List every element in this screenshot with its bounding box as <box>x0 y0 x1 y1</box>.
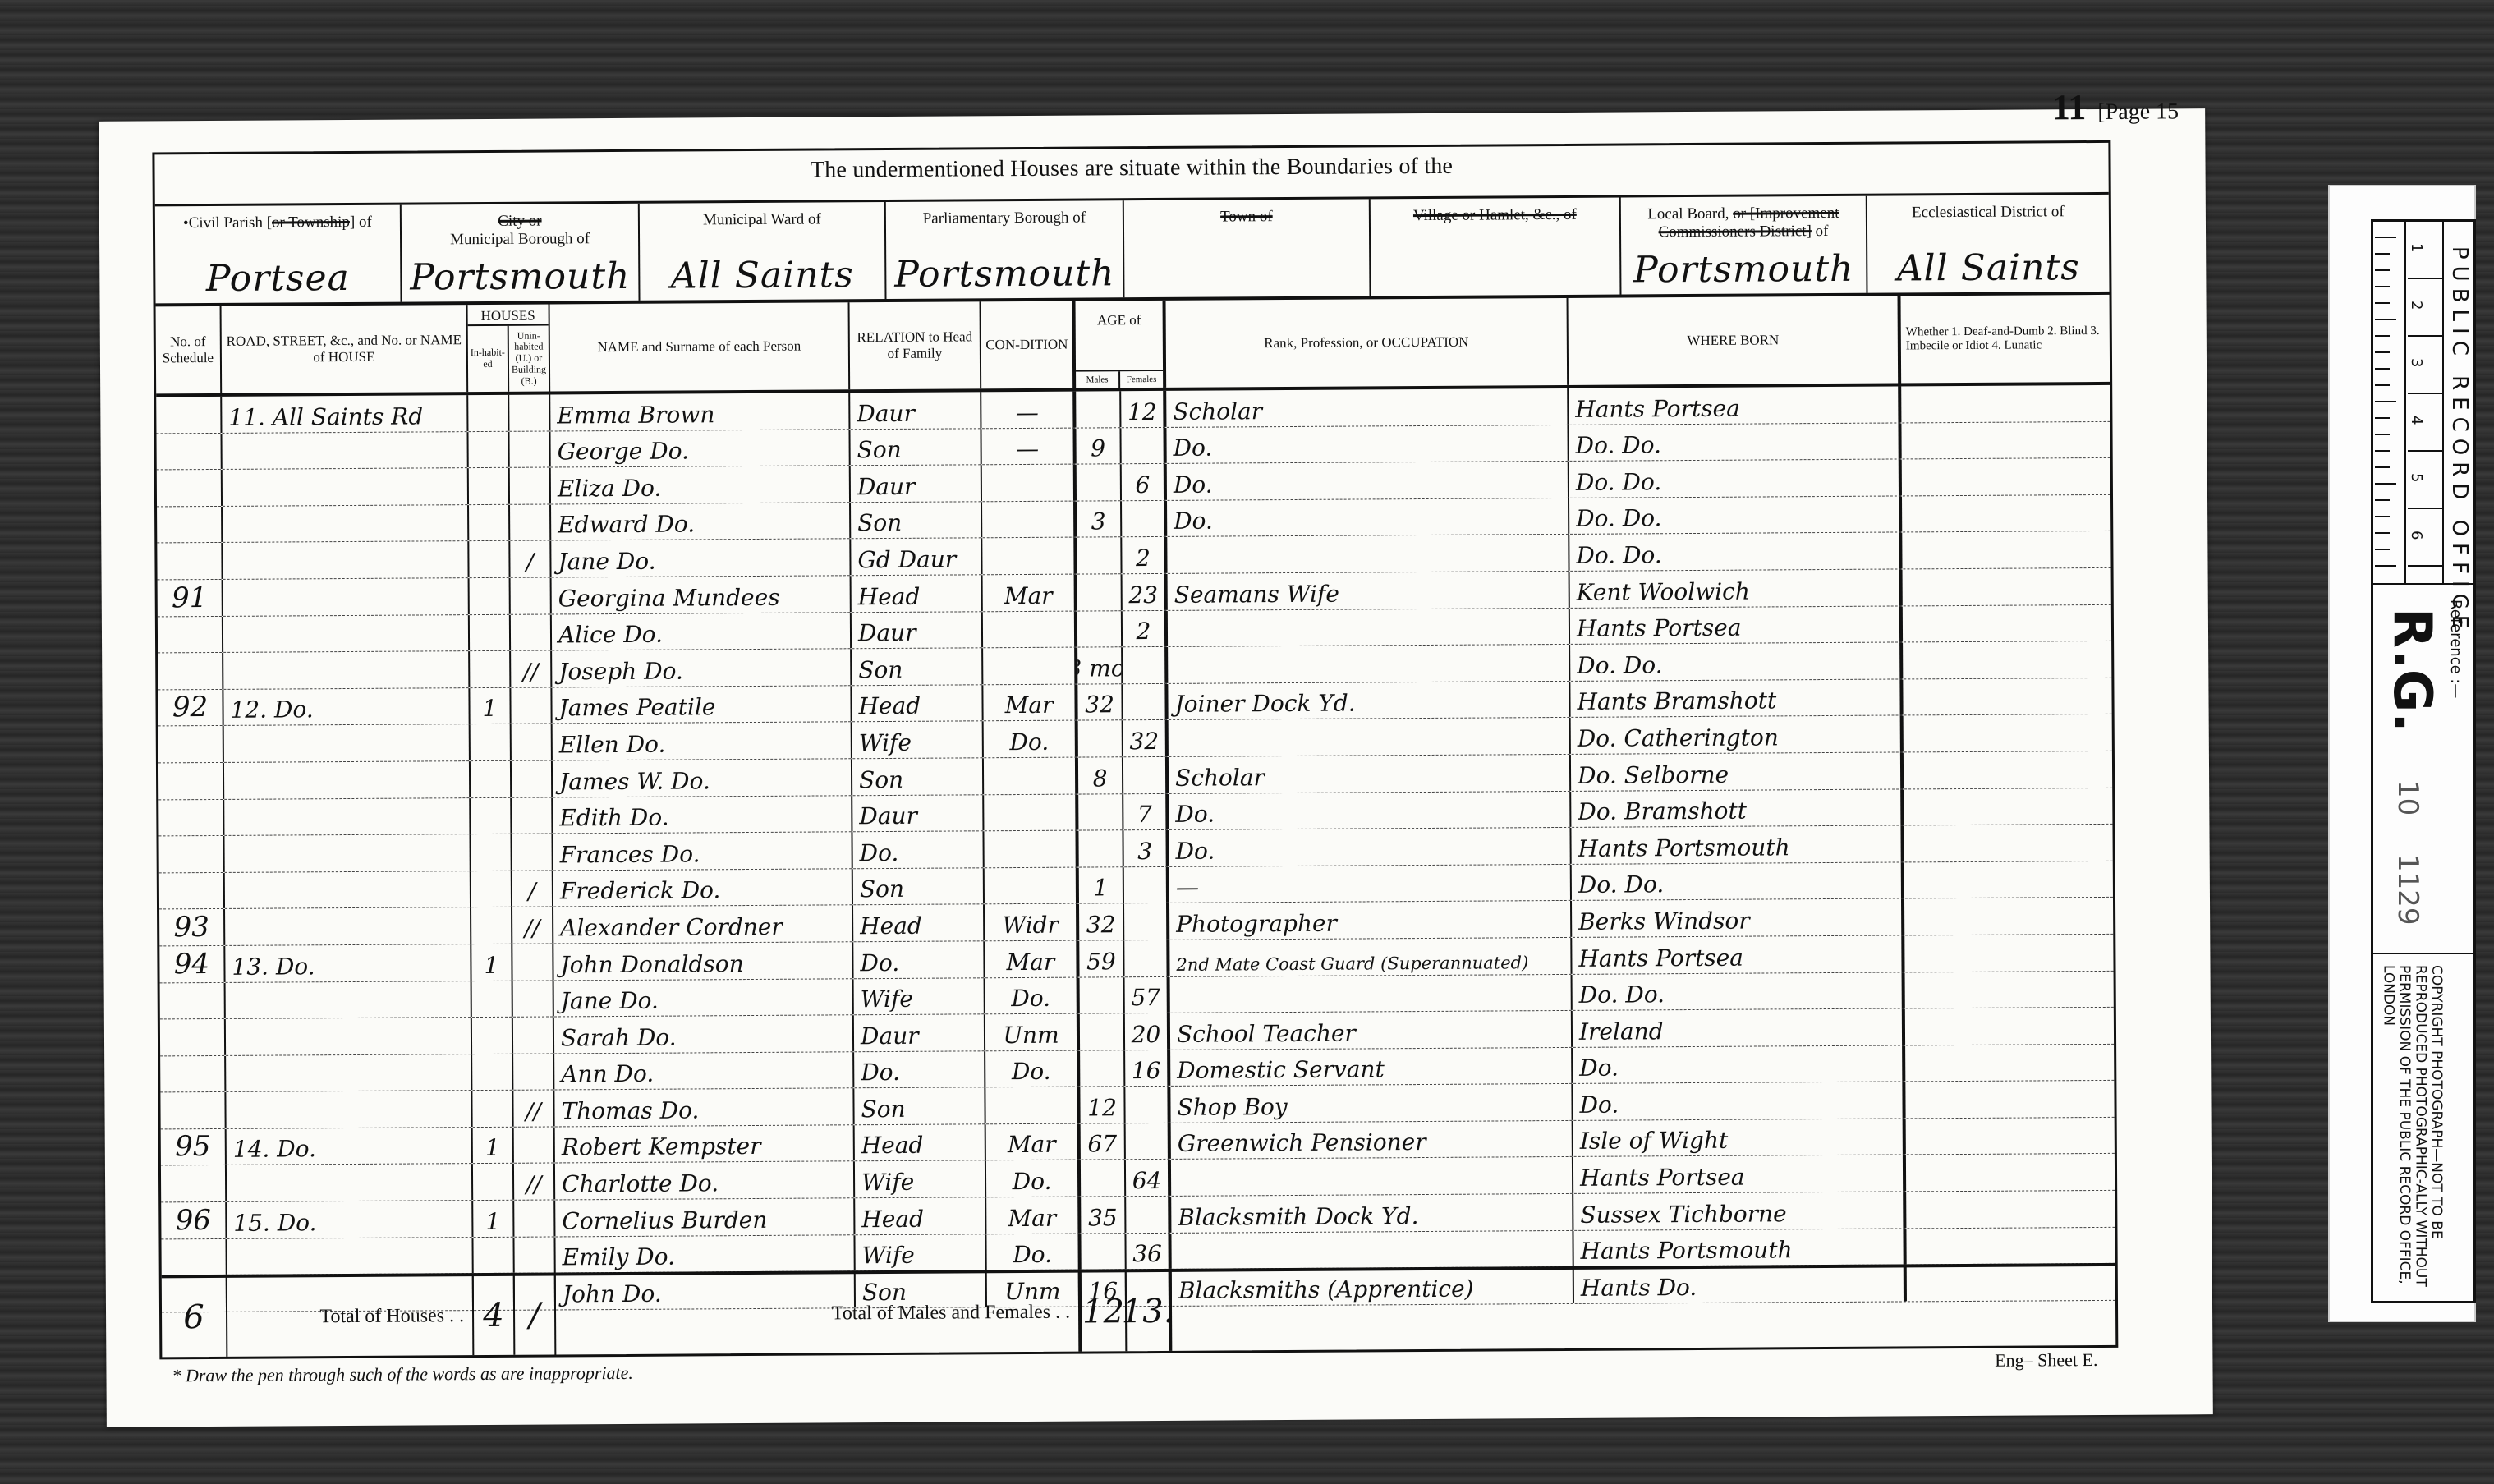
cell-occupation: Photographer <box>1169 901 1572 940</box>
cell-female-age <box>1124 940 1169 976</box>
cell-relation: Son <box>852 648 983 685</box>
cell-schedule <box>158 763 224 799</box>
ruler-tick <box>2375 450 2390 452</box>
cell-uninhabited <box>511 614 552 650</box>
cell-where-born: Kent Woolwich <box>1570 569 1903 607</box>
cell-road <box>226 981 472 1018</box>
cell-infirm <box>1904 935 2113 972</box>
cell-male-age: 3 mo. <box>1077 647 1123 683</box>
cell-female-age: 36 <box>1126 1234 1171 1270</box>
ruler-tick <box>2375 286 2390 287</box>
cell-inhabited <box>473 1237 514 1273</box>
cell-occupation: Seamans Wife <box>1168 572 1570 610</box>
cell-female-age: 23 <box>1123 574 1168 610</box>
cell-occupation: Do. <box>1169 791 1571 829</box>
reference-code: R.G. <box>2381 608 2442 733</box>
cell-relation: Daur <box>850 392 981 429</box>
cell-where-born: Do. Do. <box>1569 496 1902 534</box>
cell-inhabited: 1 <box>473 1201 514 1237</box>
cell-condition <box>983 611 1077 647</box>
cell-schedule <box>158 616 223 652</box>
cell-inhabited: 1 <box>471 944 512 981</box>
cell-where-born: Do. Bramshott <box>1571 789 1904 827</box>
cell-male-age <box>1078 830 1123 866</box>
cell-male-age <box>1080 1050 1125 1087</box>
cell-name: Edith Do. <box>553 796 852 834</box>
cell-condition <box>985 867 1079 903</box>
cell-condition: Mar <box>983 684 1077 720</box>
cell-name: Cornelius Burden <box>555 1198 855 1236</box>
cell-relation: Head <box>855 1197 986 1234</box>
item-number: 1129 <box>2391 854 2424 926</box>
scale-number: 2 <box>2408 279 2444 337</box>
folio-number: 11 <box>2052 87 2087 127</box>
cell-where-born: Do. <box>1573 1082 1905 1120</box>
cell-relation: Daur <box>854 1014 985 1051</box>
cell-uninhabited: // <box>514 1164 555 1200</box>
cell-uninhabited <box>514 1201 555 1237</box>
cell-road <box>224 798 471 835</box>
cell-male-age <box>1078 794 1123 830</box>
cell-male-age: 9 <box>1076 428 1121 464</box>
cell-uninhabited: / <box>512 871 553 907</box>
cell-male-age: 8 <box>1078 757 1123 793</box>
cell-infirm <box>1905 1081 2114 1118</box>
cell-uninhabited <box>514 1127 555 1163</box>
cell-condition <box>985 1087 1080 1123</box>
cell-condition: — <box>981 428 1076 464</box>
cell-occupation: 2nd Mate Coast Guard (Superannuated) <box>1169 938 1572 976</box>
page-number: 11[Page 15 <box>2052 85 2179 128</box>
cell-male-age <box>1077 538 1122 574</box>
cell-schedule <box>159 873 225 909</box>
cell-where-born: Hants Portsea <box>1570 606 1903 644</box>
col-inhabited: In-habit-ed <box>468 326 509 392</box>
cell-road <box>223 651 470 688</box>
total-schedules: 6 <box>183 1298 204 1336</box>
ruler-tick <box>2375 269 2390 271</box>
cell-male-age: 59 <box>1079 940 1124 976</box>
cell-female-age <box>1122 501 1167 537</box>
cell-schedule <box>160 982 226 1018</box>
cell-relation: Daur <box>851 465 982 502</box>
reference-card: 123456 PUBLIC RECORD OFFICE Reference :—… <box>2328 185 2476 1322</box>
total-persons-label: Total of Males and Females . . <box>832 1301 1070 1325</box>
cell-male-age <box>1081 1160 1126 1197</box>
cell-male-age <box>1076 391 1121 427</box>
cell-name: Jane Do. <box>551 540 851 577</box>
col-road: ROAD, STREET, &c., and No. or NAME of HO… <box>222 305 469 393</box>
cell-female-age: 64 <box>1126 1160 1171 1196</box>
ruler-tick <box>2375 335 2390 337</box>
cell-condition <box>982 465 1077 501</box>
cell-uninhabited <box>511 577 552 613</box>
ruler-tick <box>2375 417 2390 419</box>
cell-occupation <box>1169 718 1571 756</box>
cell-female-age: 32 <box>1123 720 1169 756</box>
civil-parish-value: Portsea <box>155 257 400 301</box>
col-schedule: No. of Schedule <box>156 306 223 393</box>
cell-occupation: Do. <box>1166 425 1569 464</box>
cell-where-born: Do. Do. <box>1572 862 1904 900</box>
cell-inhabited <box>472 1091 513 1127</box>
cell-relation: Wife <box>855 1161 986 1198</box>
cell-condition: Do. <box>985 1050 1080 1087</box>
ruler-tick <box>2375 351 2390 353</box>
cell-infirm <box>1902 495 2110 532</box>
cell-road: 11. All Saints Rd <box>222 395 468 432</box>
district-header: •Civil Parish [or Township] of Portsea C… <box>155 192 2110 307</box>
cell-infirm <box>1906 1191 2115 1228</box>
cell-infirm <box>1902 531 2110 568</box>
cell-uninhabited <box>511 687 552 724</box>
col-females: Females <box>1120 371 1163 388</box>
cell-where-born: Isle of Wight <box>1573 1119 1906 1156</box>
sheet-code: Eng– Sheet E. <box>1995 1349 2097 1371</box>
cell-female-age: 12 <box>1121 391 1166 427</box>
cell-occupation: Greenwich Pensioner <box>1171 1121 1573 1160</box>
scale-number: 3 <box>2408 337 2444 394</box>
scale-number: 1 <box>2408 222 2444 279</box>
cell-where-born: Sussex Tichborne <box>1573 1192 1906 1229</box>
cell-infirm <box>1906 1154 2115 1191</box>
col-name: NAME and Surname of each Person <box>550 302 851 391</box>
copyright-notice: COPYRIGHT PHOTOGRAPH—NOT TO BE REPRODUCE… <box>2380 965 2444 1293</box>
cell-name: James Peatile <box>552 686 852 724</box>
cell-male-age <box>1077 574 1123 610</box>
cell-condition <box>982 538 1077 574</box>
cell-where-born: Hants Portsea <box>1573 1155 1906 1193</box>
piece-number: 10 <box>2391 780 2424 816</box>
cell-occupation: Blacksmith Dock Yd. <box>1171 1194 1573 1233</box>
cell-infirm <box>1904 751 2112 788</box>
cell-where-born: Hants Portsea <box>1569 386 1901 424</box>
cell-female-age <box>1121 428 1166 464</box>
cell-where-born: Do. Do. <box>1570 643 1903 681</box>
ruler-tick <box>2375 466 2390 468</box>
col-houses: HOUSES In-habit-ed Unin-habited (U.) or … <box>468 304 551 392</box>
cell-relation: Son <box>854 1088 985 1125</box>
cell-uninhabited <box>510 504 551 540</box>
cell-inhabited: 1 <box>470 688 511 724</box>
cell-condition: Mar <box>985 940 1079 976</box>
total-males: 12 <box>1082 1293 1124 1330</box>
footnote: * Draw the pen through such of the words… <box>172 1362 633 1386</box>
public-record-office-label: PUBLIC RECORD OFFICE <box>2447 246 2472 635</box>
cell-name: Jane Do. <box>554 979 854 1017</box>
cell-relation: Daur <box>852 795 984 832</box>
cell-occupation: Do. <box>1169 828 1571 866</box>
header-parliamentary-borough: Parliamentary Borough of Portsmouth <box>886 200 1125 299</box>
cell-where-born: Do. <box>1573 1045 1905 1083</box>
cell-occupation <box>1171 1231 1573 1270</box>
cell-male-age <box>1078 721 1123 757</box>
ruler-tick <box>2375 516 2390 517</box>
cell-male-age: 3 <box>1077 501 1122 537</box>
cell-uninhabited: // <box>512 907 553 944</box>
cell-infirm <box>1904 714 2112 751</box>
cell-uninhabited <box>509 431 550 467</box>
cell-infirm <box>1903 604 2111 641</box>
cell-road <box>223 615 470 652</box>
cell-inhabited <box>470 614 511 650</box>
cell-female-age <box>1123 684 1168 720</box>
cell-relation: Son <box>851 502 982 539</box>
ruler-tick <box>2375 368 2390 370</box>
cell-female-age <box>1123 757 1169 793</box>
cell-name: Joseph Do. <box>552 649 852 687</box>
cell-infirm <box>1902 458 2110 495</box>
cell-infirm <box>1904 788 2112 825</box>
cell-female-age <box>1126 1197 1171 1233</box>
cell-infirm <box>1903 568 2111 605</box>
cell-road <box>225 871 471 908</box>
cell-inhabited <box>471 797 512 834</box>
ruler-tick <box>2375 483 2396 485</box>
cell-name: John Donaldson <box>553 942 853 980</box>
cell-condition: Do. <box>984 721 1078 757</box>
cell-where-born: Do. Selborne <box>1571 752 1904 790</box>
ecclesiastical-district-value: All Saints <box>1867 246 2109 290</box>
cell-uninhabited: // <box>511 651 552 687</box>
cell-relation: Gd Daur <box>851 539 982 576</box>
cell-where-born: Do. Do. <box>1569 423 1901 461</box>
cell-name: Edward Do. <box>551 503 851 540</box>
cell-male-age: 1 <box>1079 867 1124 903</box>
cell-inhabited <box>471 871 512 907</box>
cell-inhabited <box>472 981 513 1017</box>
cell-occupation: Domestic Servant <box>1170 1048 1573 1087</box>
cell-inhabited <box>470 578 511 614</box>
cell-relation: Wife <box>855 1234 986 1271</box>
header-civil-parish: •Civil Parish [or Township] of Portsea <box>155 205 402 304</box>
cell-female-age: 3 <box>1123 830 1169 866</box>
cell-where-born: Do. Do. <box>1569 460 1902 498</box>
cell-male-age: 35 <box>1081 1197 1126 1233</box>
census-entries: 11. All Saints RdEmma BrownDaur—12Schola… <box>156 385 2115 1312</box>
census-form-frame: The undermentioned Houses are situate wi… <box>152 140 2118 1360</box>
cell-male-age <box>1077 464 1122 500</box>
ruler-tick <box>2375 499 2390 501</box>
cell-infirm <box>1906 1118 2115 1155</box>
header-ecclesiastical-district: Ecclesiastical District of All Saints <box>1867 195 2110 293</box>
totals-row: 6 Total of Houses . . 4 / Total of Males… <box>162 1263 2116 1358</box>
cell-infirm <box>1903 678 2111 715</box>
cell-uninhabited <box>513 1018 554 1054</box>
ruler-tick <box>2375 319 2396 320</box>
cell-road <box>224 724 471 761</box>
cell-condition: Unm <box>985 1014 1080 1050</box>
cell-female-age <box>1124 903 1169 940</box>
cell-inhabited <box>473 1164 514 1200</box>
cell-relation: Son <box>850 429 981 466</box>
cell-infirm <box>1904 861 2113 898</box>
cell-schedule <box>158 653 223 689</box>
scale-number: 5 <box>2408 452 2444 509</box>
header-municipal-ward: Municipal Ward of All Saints <box>640 202 887 301</box>
cell-road <box>224 834 471 871</box>
cell-male-age <box>1080 977 1125 1013</box>
cell-female-age <box>1124 867 1169 903</box>
cell-occupation: Scholar <box>1169 755 1571 793</box>
ruler-scale <box>2373 222 2406 583</box>
cell-inhabited <box>470 651 511 687</box>
cell-uninhabited <box>513 1054 554 1090</box>
cell-uninhabited <box>513 981 554 1017</box>
cell-road <box>226 1091 472 1128</box>
cell-male-age: 12 <box>1080 1087 1125 1123</box>
cell-uninhabited <box>512 944 553 980</box>
cell-road <box>227 1165 473 1201</box>
cell-inhabited <box>468 431 509 467</box>
cell-schedule <box>161 1239 227 1275</box>
cell-inhabited <box>471 761 512 797</box>
header-municipal-borough: City or Municipal Borough of Portsmouth <box>402 204 641 302</box>
cell-male-age <box>1081 1234 1126 1270</box>
cell-name: Alice Do. <box>552 613 852 650</box>
col-infirmity: Whether 1. Deaf-and-Dumb 2. Blind 3. Imb… <box>1901 295 2110 384</box>
cell-road <box>223 541 469 578</box>
cell-uninhabited: // <box>513 1091 554 1127</box>
cell-name: Frances Do. <box>553 832 852 870</box>
cell-name: Ann Do. <box>554 1052 854 1090</box>
cell-relation: Wife <box>852 722 984 759</box>
cell-uninhabited <box>514 1237 555 1273</box>
cell-occupation: School Teacher <box>1170 1011 1573 1050</box>
cell-relation: Daur <box>852 612 983 649</box>
cell-inhabited <box>468 395 509 431</box>
cell-condition <box>982 501 1077 537</box>
cell-condition: Mar <box>986 1197 1081 1234</box>
cell-occupation: Do. <box>1167 462 1569 500</box>
ruler-tick <box>2375 532 2390 534</box>
cell-relation: Do. <box>854 1051 985 1088</box>
cell-occupation <box>1171 1157 1573 1196</box>
cell-condition: Widr <box>985 904 1079 940</box>
cell-where-born: Hants Bramshott <box>1570 679 1903 717</box>
cell-name: Sarah Do. <box>554 1015 854 1053</box>
cell-where-born: Ireland <box>1573 1009 1905 1047</box>
col-where-born: WHERE BORN <box>1569 296 1902 384</box>
cell-male-age: 32 <box>1077 684 1123 720</box>
cell-schedule: 96 <box>161 1202 227 1238</box>
cell-road <box>222 432 468 469</box>
cell-where-born: Do. Do. <box>1573 972 1905 1010</box>
cell-name: Emily Do. <box>555 1235 855 1273</box>
cell-female-age: 7 <box>1123 793 1169 829</box>
parliamentary-borough-value: Portsmouth <box>886 252 1123 296</box>
cell-condition: Do. <box>986 1160 1081 1197</box>
cell-schedule <box>157 507 223 543</box>
cell-uninhabited <box>512 760 553 797</box>
cell-female-age <box>1126 1123 1171 1160</box>
column-headers: No. of Schedule ROAD, STREET, &c., and N… <box>156 295 2110 397</box>
cell-infirm <box>1905 1045 2114 1082</box>
cell-name: Eliza Do. <box>551 466 851 503</box>
cell-relation: Head <box>852 575 983 612</box>
cell-infirm <box>1904 825 2112 861</box>
cell-relation: Son <box>852 758 984 795</box>
cell-relation: Head <box>852 685 983 722</box>
cell-infirm <box>1905 1008 2114 1045</box>
cell-uninhabited <box>510 468 551 504</box>
cell-female-age: 57 <box>1125 976 1170 1013</box>
header-local-board: Local Board, or [Improvement Commissione… <box>1621 196 1868 295</box>
cell-where-born: Hants Portsmouth <box>1571 826 1904 864</box>
cell-infirm <box>1901 421 2110 458</box>
cell-relation: Do. <box>852 831 984 868</box>
cell-schedule: 91 <box>158 580 223 616</box>
header-town: Town of <box>1124 199 1371 297</box>
scale-number: 6 <box>2408 509 2444 567</box>
cell-relation: Do. <box>853 941 985 978</box>
cell-occupation: — <box>1169 865 1572 903</box>
cell-road <box>225 907 471 944</box>
cell-name: Ellen Do. <box>553 723 852 760</box>
cell-condition <box>984 794 1078 830</box>
cell-where-born: Do. Do. <box>1569 533 1902 571</box>
cell-inhabited <box>469 505 510 541</box>
reference-label: Reference :— <box>2447 600 2464 698</box>
scale-number: 4 <box>2408 394 2444 452</box>
number-scale: 123456 <box>2408 222 2444 583</box>
cell-name: Emma Brown <box>550 393 850 430</box>
cell-road <box>223 505 469 542</box>
cell-infirm <box>1905 971 2114 1008</box>
cell-schedule <box>161 1165 227 1201</box>
cell-road: 14. Do. <box>227 1128 473 1165</box>
cell-occupation <box>1168 608 1570 646</box>
ruler-tick <box>2375 565 2396 567</box>
cell-infirm <box>1901 385 2110 422</box>
cell-infirm <box>1903 641 2111 678</box>
local-board-value: Portsmouth <box>1621 248 1866 292</box>
cell-occupation <box>1170 974 1573 1013</box>
municipal-borough-value: Portsmouth <box>402 255 638 299</box>
cell-road: 13. Do. <box>225 944 471 981</box>
cell-male-age <box>1077 611 1123 647</box>
ruler-tick <box>2375 401 2396 402</box>
col-occupation: Rank, Profession, or OCCUPATION <box>1166 298 1569 388</box>
cell-where-born: Berks Windsor <box>1572 899 1904 937</box>
cell-inhabited <box>472 1018 513 1054</box>
cell-female-age <box>1123 647 1168 683</box>
cell-schedule: 95 <box>161 1129 227 1165</box>
cell-road <box>223 468 469 505</box>
ruler-tick <box>2375 549 2390 550</box>
cell-road <box>226 1018 472 1054</box>
cell-male-age: 32 <box>1079 904 1124 940</box>
cell-infirm <box>1906 1228 2115 1265</box>
cell-condition: Do. <box>985 977 1080 1013</box>
cell-relation: Head <box>853 905 985 942</box>
cell-schedule <box>158 726 224 762</box>
cell-condition: Mar <box>986 1123 1081 1160</box>
cell-female-age: 2 <box>1122 537 1167 573</box>
cell-female-age: 16 <box>1125 1050 1170 1087</box>
cell-male-age: 67 <box>1081 1123 1126 1160</box>
total-females: 13. <box>1122 1293 1174 1330</box>
cell-road <box>226 1054 472 1091</box>
cell-uninhabited <box>512 724 553 760</box>
cell-inhabited <box>472 1054 513 1090</box>
cell-male-age <box>1080 1013 1125 1050</box>
cell-uninhabited <box>512 797 553 834</box>
cell-schedule <box>157 543 223 579</box>
cell-uninhabited <box>512 834 553 871</box>
ruler-tick <box>2375 434 2390 435</box>
cell-occupation: Joiner Dock Yd. <box>1168 682 1570 720</box>
